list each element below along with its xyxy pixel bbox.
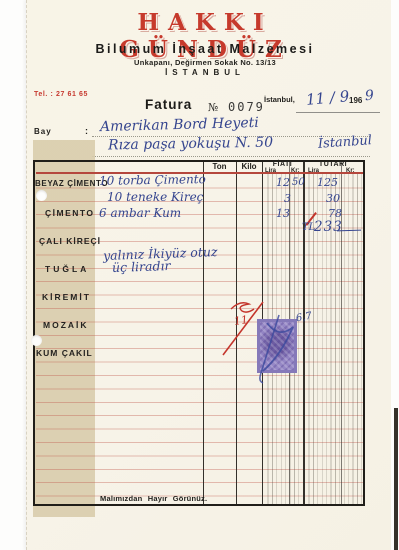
date-underline (296, 112, 380, 113)
tutari-kr-label: Kr: (346, 168, 355, 174)
company-city: İSTANBUL (60, 68, 350, 77)
company-address: Unkapanı, Değirmen Sokak No. 13/13 (60, 58, 350, 67)
row-label-beyaz-cimento: BEYAZ ÇİMENTO (35, 179, 108, 188)
document-type-label: Fatura (145, 97, 192, 112)
row-label-mozaik: MOZAİK (43, 320, 89, 330)
entry-fiati-kr: 50 (292, 177, 305, 188)
tutari-lira-label: Lira (308, 168, 319, 174)
red-scribble (231, 303, 254, 312)
fiati-kr-label: Kr: (291, 168, 300, 174)
entry-desc: 6 ambar Kum (99, 206, 181, 220)
customer-label: Bay (34, 127, 52, 136)
row-label-kiremit: KİREMİT (42, 292, 91, 302)
issue-place-label: İstanbul, (264, 95, 295, 104)
column-header-kilo: Kilo (236, 162, 262, 171)
column-header-ton: Ton (203, 162, 236, 171)
row-label-tugla: TUĞLA (45, 264, 89, 274)
row-label-kum-cakil: KUM ÇAKIL (36, 348, 93, 358)
printed-year: 196 (349, 96, 362, 105)
entry-tutari: 125 (317, 176, 338, 189)
handwritten-date: 11 / 9 (305, 87, 350, 109)
invoice-number-label: № (208, 101, 218, 114)
fiati-lira-label: Lira (265, 168, 276, 174)
phone-number: Tel. : 27 61 65 (34, 91, 88, 98)
entry-fiati-lira: 13 (276, 207, 290, 220)
entry-fiati-lira: 12 (276, 176, 290, 189)
scan-edge-shadow (394, 408, 398, 550)
red-handwritten-number: 11 (233, 313, 249, 328)
customer-address-ruled-line (92, 156, 370, 157)
punch-hole (31, 335, 42, 346)
punch-hole (36, 190, 47, 201)
entry-desc: 10 teneke Kireç (107, 190, 203, 204)
entry-tutari: 30 (326, 192, 340, 205)
column-line-ton (203, 162, 204, 504)
customer-address-handwritten: Rıza paşa yokuşu N. 50 (108, 135, 273, 154)
column-header-fiati: FİATI (262, 161, 303, 168)
red-diagonal-stroke (223, 302, 263, 355)
footer-slogan: Malımızdan Hayır Görünüz. (100, 494, 207, 503)
invoice-number-value: 0079 (228, 100, 265, 114)
invoice-scan: HAKKI GÜNDÜZ Bilumum İnşaat Malzemesi Un… (0, 0, 399, 550)
handwritten-year-digit: 9 (364, 88, 374, 105)
company-subtitle: Bilumum İnşaat Malzemesi (60, 42, 350, 56)
total-amount-handwritten: 233 (314, 219, 343, 235)
entry-desc: 10 torba Çimento (99, 172, 206, 188)
row-label-cali-kireci: ÇALI KİREÇİ (39, 236, 101, 246)
customer-label-colon: : (85, 126, 88, 136)
amount-in-words-line2: üç liradır (112, 258, 171, 275)
entry-fiati-lira: 3 (284, 192, 291, 205)
blue-signature-stroke (263, 323, 293, 371)
column-header-tutari: TUTARI (303, 161, 363, 168)
row-label-cimento: ÇİMENTO (45, 208, 95, 218)
pen-marks-overlay (215, 293, 367, 388)
